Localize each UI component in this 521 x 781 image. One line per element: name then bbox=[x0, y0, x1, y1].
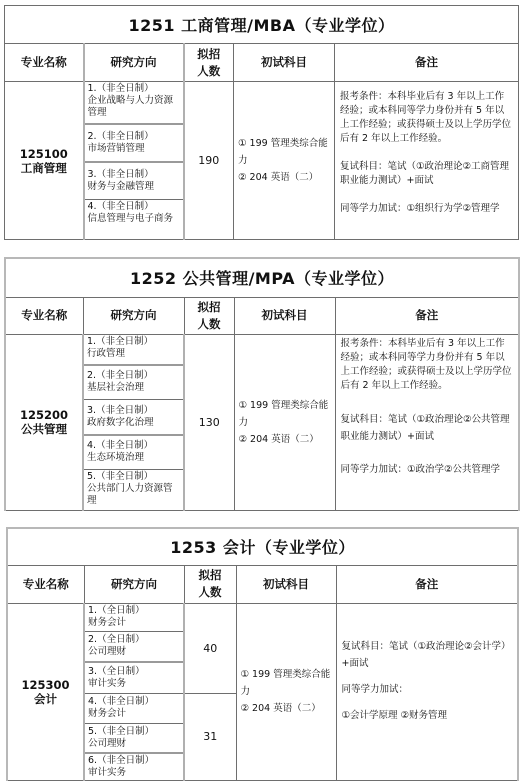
notes-cell: 报考条件：本科毕业后有 3 年以上工作经验；或本科同等学力身份并有 5 年以上工… bbox=[335, 334, 519, 510]
direction-name: 生态环境治理 bbox=[87, 452, 180, 464]
program-table-mpa: 1252 公共管理/MPA（专业学位） 专业名称 研究方向 拟招 人数 初试科目… bbox=[4, 257, 520, 511]
note-extra-exam: 同等学力加试：①政治学②公共管理学 bbox=[341, 463, 514, 477]
direction-cell: 3.（全日制） 审计实务 bbox=[84, 662, 184, 693]
direction-cell: 1.（非全日制） 企业战略与人力资源管理 bbox=[84, 82, 184, 124]
direction-cell: 3.（非全日制） 财务与金融管理 bbox=[84, 162, 184, 200]
exam-subject-2: ② 204 英语（二） bbox=[238, 169, 330, 186]
exam-cell: ① 199 管理类综合能力 ② 204 英语（二） bbox=[234, 82, 335, 240]
quota-header-line1: 拟招 bbox=[185, 299, 234, 316]
exam-subject-2: ② 204 英语（二） bbox=[241, 700, 332, 717]
direction-name: 财务与金融管理 bbox=[88, 181, 180, 193]
direction-type: 1.（非全日制） bbox=[87, 336, 180, 348]
quota-cell-fulltime: 40 bbox=[184, 603, 236, 693]
direction-cell: 3.（非全日制） 政府数字化治理 bbox=[83, 399, 184, 435]
direction-cell: 4.（非全日制） 财务会计 bbox=[84, 693, 184, 723]
direction-name: 公司理财 bbox=[88, 646, 180, 658]
direction-type: 2.（全日制） bbox=[88, 634, 180, 646]
direction-cell: 2.（全日制） 公司理财 bbox=[84, 631, 184, 662]
table-title: 1253 会计（专业学位） bbox=[7, 528, 518, 565]
major-cell: 125100 工商管理 bbox=[5, 82, 84, 240]
quota-cell: 190 bbox=[184, 82, 234, 240]
note-extra-exam: 同等学力加试：①组织行为学②管理学 bbox=[340, 202, 513, 216]
direction-name: 基层社会治理 bbox=[87, 382, 180, 394]
direction-cell: 5.（非全日制） 公共部门人力资源管理 bbox=[83, 469, 184, 510]
col-header-major: 专业名称 bbox=[5, 297, 83, 334]
header-row: 专业名称 研究方向 拟招 人数 初试科目 备注 bbox=[5, 44, 519, 82]
table-row: 125300 会计 1.（全日制） 财务会计 40 ① 199 管理类综合能力 … bbox=[7, 603, 518, 631]
col-header-exam: 初试科目 bbox=[236, 565, 336, 603]
direction-cell: 6.（非全日制） 审计实务 bbox=[84, 753, 184, 781]
direction-name: 财务会计 bbox=[88, 617, 180, 629]
note-retest: 复试科目：笔试（①政治理论②工商管理职业能力测试）+面试 bbox=[340, 160, 513, 188]
table-row: 125200 公共管理 1.（非全日制） 行政管理 130 ① 199 管理类综… bbox=[5, 334, 519, 365]
quota-header-line2: 人数 bbox=[185, 316, 234, 333]
note-extra-label: 同等学力加试： bbox=[342, 681, 513, 698]
col-header-major: 专业名称 bbox=[7, 565, 84, 603]
notes-cell: 复试科目：笔试（①政治理论②会计学）+面试 同等学力加试： ①会计学原理 ②财务… bbox=[336, 603, 518, 781]
col-header-quota: 拟招 人数 bbox=[184, 297, 234, 334]
direction-cell: 1.（全日制） 财务会计 bbox=[84, 603, 184, 631]
col-header-notes: 备注 bbox=[335, 297, 519, 334]
direction-type: 5.（非全日制） bbox=[88, 726, 180, 738]
quota-header-line2: 人数 bbox=[185, 63, 234, 80]
note-retest: 复试科目：笔试（①政治理论②会计学）+面试 bbox=[342, 638, 513, 672]
direction-type: 3.（非全日制） bbox=[88, 169, 180, 181]
exam-subject-2: ② 204 英语（二） bbox=[239, 431, 331, 448]
col-header-quota: 拟招 人数 bbox=[184, 44, 234, 82]
direction-cell: 2.（非全日制） 基层社会治理 bbox=[83, 365, 184, 399]
col-header-direction: 研究方向 bbox=[84, 565, 184, 603]
col-header-direction: 研究方向 bbox=[84, 44, 184, 82]
exam-subject-1: ① 199 管理类综合能力 bbox=[238, 135, 330, 169]
major-name: 公共管理 bbox=[6, 422, 82, 436]
notes-cell: 报考条件：本科毕业后有 3 年以上工作经验；或本科同等学力身份并有 5 年以上工… bbox=[335, 82, 519, 240]
note-requirement: 报考条件：本科毕业后有 3 年以上工作经验；或本科同等学力身份并有 5 年以上工… bbox=[341, 337, 514, 393]
major-cell: 125300 会计 bbox=[7, 603, 84, 781]
direction-name: 信息管理与电子商务 bbox=[88, 213, 180, 225]
direction-type: 3.（全日制） bbox=[88, 666, 180, 678]
direction-name: 公共部门人力资源管理 bbox=[87, 483, 180, 507]
direction-name: 市场营销管理 bbox=[88, 143, 180, 155]
table-row: 125100 工商管理 1.（非全日制） 企业战略与人力资源管理 190 ① 1… bbox=[5, 82, 519, 124]
exam-subject-1: ① 199 管理类综合能力 bbox=[239, 397, 331, 431]
direction-name: 财务会计 bbox=[88, 708, 180, 720]
direction-type: 4.（非全日制） bbox=[88, 696, 180, 708]
direction-type: 5.（非全日制） bbox=[87, 471, 180, 483]
program-table-accounting: 1253 会计（专业学位） 专业名称 研究方向 拟招 人数 初试科目 备注 12… bbox=[6, 527, 519, 781]
col-header-exam: 初试科目 bbox=[234, 297, 335, 334]
table-title: 1251 工商管理/MBA（专业学位） bbox=[5, 6, 519, 44]
program-table-mba: 1251 工商管理/MBA（专业学位） 专业名称 研究方向 拟招 人数 初试科目… bbox=[4, 5, 519, 240]
quota-header-line1: 拟招 bbox=[185, 567, 236, 584]
direction-name: 行政管理 bbox=[87, 348, 180, 360]
quota-cell-parttime: 31 bbox=[184, 693, 236, 781]
major-code: 125100 bbox=[5, 147, 83, 161]
major-code: 125300 bbox=[8, 678, 83, 692]
major-name: 工商管理 bbox=[5, 161, 83, 175]
major-cell: 125200 公共管理 bbox=[5, 334, 83, 510]
major-name: 会计 bbox=[8, 692, 83, 706]
note-requirement: 报考条件：本科毕业后有 3 年以上工作经验；或本科同等学力身份并有 5 年以上工… bbox=[340, 90, 513, 146]
col-header-direction: 研究方向 bbox=[83, 297, 184, 334]
direction-name: 政府数字化治理 bbox=[87, 417, 180, 429]
header-row: 专业名称 研究方向 拟招 人数 初试科目 备注 bbox=[5, 297, 519, 334]
exam-cell: ① 199 管理类综合能力 ② 204 英语（二） bbox=[234, 334, 335, 510]
direction-type: 1.（非全日制） bbox=[88, 83, 180, 95]
direction-cell: 1.（非全日制） 行政管理 bbox=[83, 334, 184, 365]
col-header-notes: 备注 bbox=[335, 44, 519, 82]
quota-header-line1: 拟招 bbox=[185, 46, 234, 63]
exam-subject-1: ① 199 管理类综合能力 bbox=[241, 666, 332, 700]
direction-name: 企业战略与人力资源管理 bbox=[88, 95, 180, 119]
direction-type: 2.（非全日制） bbox=[88, 131, 180, 143]
col-header-exam: 初试科目 bbox=[234, 44, 335, 82]
direction-cell: 4.（非全日制） 生态环境治理 bbox=[83, 435, 184, 469]
table-title: 1252 公共管理/MPA（专业学位） bbox=[5, 258, 519, 297]
direction-cell: 4.（非全日制） 信息管理与电子商务 bbox=[84, 200, 184, 240]
col-header-quota: 拟招 人数 bbox=[184, 565, 236, 603]
col-header-major: 专业名称 bbox=[5, 44, 84, 82]
note-retest: 复试科目：笔试（①政治理论②公共管理职业能力测试）+面试 bbox=[341, 411, 514, 445]
direction-name: 公司理财 bbox=[88, 738, 180, 750]
header-row: 专业名称 研究方向 拟招 人数 初试科目 备注 bbox=[7, 565, 518, 603]
direction-cell: 2.（非全日制） 市场营销管理 bbox=[84, 124, 184, 162]
note-extra-exam: ①会计学原理 ②财务管理 bbox=[342, 707, 513, 724]
direction-name: 审计实务 bbox=[88, 767, 180, 779]
direction-type: 3.（非全日制） bbox=[87, 405, 180, 417]
direction-type: 6.（非全日制） bbox=[88, 755, 180, 767]
quota-header-line2: 人数 bbox=[185, 584, 236, 601]
direction-name: 审计实务 bbox=[88, 678, 180, 690]
major-code: 125200 bbox=[6, 408, 82, 422]
direction-type: 4.（非全日制） bbox=[88, 201, 180, 213]
col-header-notes: 备注 bbox=[336, 565, 518, 603]
quota-cell: 130 bbox=[184, 334, 234, 510]
direction-type: 2.（非全日制） bbox=[87, 370, 180, 382]
direction-type: 4.（非全日制） bbox=[87, 440, 180, 452]
direction-type: 1.（全日制） bbox=[88, 605, 180, 617]
exam-cell: ① 199 管理类综合能力 ② 204 英语（二） bbox=[236, 603, 336, 781]
direction-cell: 5.（非全日制） 公司理财 bbox=[84, 723, 184, 753]
